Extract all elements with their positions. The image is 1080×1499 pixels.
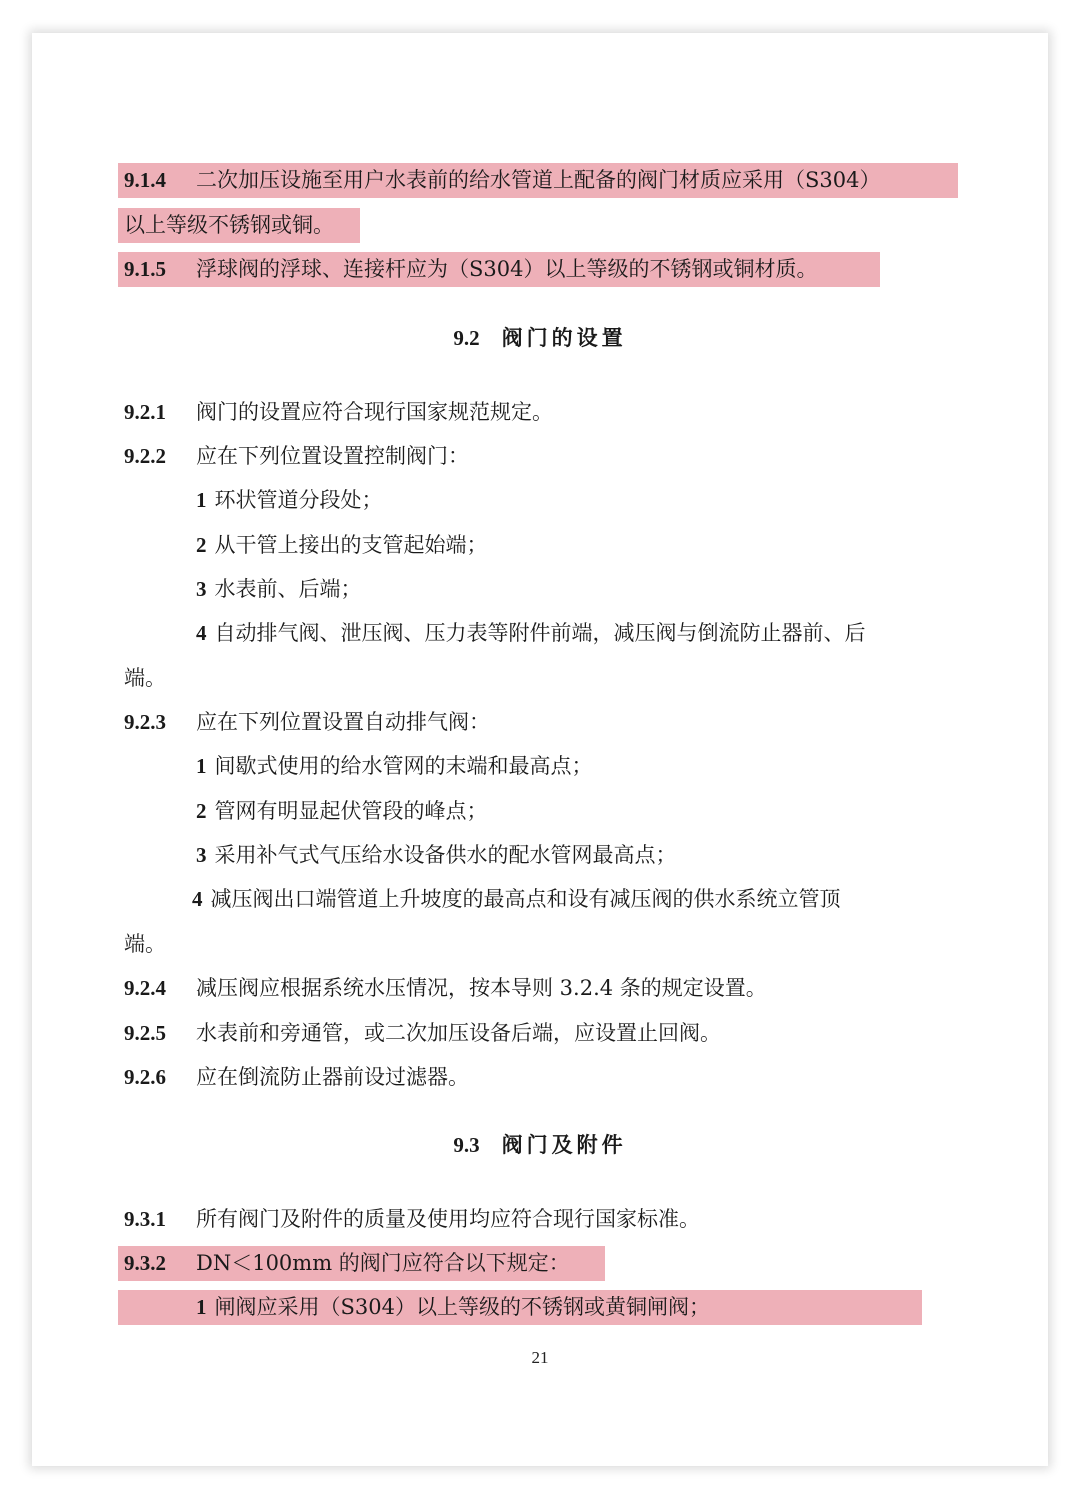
clause-text: DN＜100mm 的阀门应符合以下规定： [196,1251,570,1275]
clause-text: 应在倒流防止器前设过滤器。 [196,1065,469,1089]
clause-9-2-6: 9.2.6应在倒流防止器前设过滤器。 [124,1060,469,1095]
list-item: 2从干管上接出的支管起始端； [196,528,488,563]
clause-9-2-3: 9.2.3应在下列位置设置自动排气阀： [124,705,490,740]
section-number: 9.2 [453,326,479,350]
clause-text-continued: 以上等级不锈钢或铜。 [124,213,334,237]
clause-9-3-1: 9.3.1所有阀门及附件的质量及使用均应符合现行国家标准。 [124,1202,700,1237]
clause-number: 9.1.5 [124,252,196,287]
list-item: 1环状管道分段处； [196,483,383,518]
clause-text: 减压阀应根据系统水压情况，按本导则 3.2.4 条的规定设置。 [196,976,767,1000]
list-item: 2管网有明显起伏管段的峰点； [196,794,488,829]
list-item-continued: 端。 [124,927,166,962]
clause-number: 9.1.4 [124,163,196,198]
clause-9-3-2: 9.3.2DN＜100mm 的阀门应符合以下规定： [118,1246,605,1281]
clause-9-2-5: 9.2.5水表前和旁通管，或二次加压设备后端，应设置止回阀。 [124,1016,721,1051]
clause-number: 9.3.2 [124,1246,196,1281]
clause-9-1-5: 9.1.5浮球阀的浮球、连接杆应为（S304）以上等级的不锈钢或铜材质。 [118,252,880,287]
list-item: 3水表前、后端； [196,572,362,607]
clause-number: 9.2.3 [124,705,196,740]
clause-9-2-2: 9.2.2应在下列位置设置控制阀门： [124,439,469,474]
clause-text: 应在下列位置设置自动排气阀： [196,710,490,734]
clause-number: 9.2.6 [124,1060,196,1095]
clause-text: 浮球阀的浮球、连接杆应为（S304）以上等级的不锈钢或铜材质。 [196,257,817,281]
page-number: 21 [0,1348,1080,1368]
list-item-highlighted: 1闸阀应采用（S304）以上等级的不锈钢或黄铜闸阀； [118,1290,922,1325]
section-heading-9-2: 9.2阀门的设置 [0,322,1080,352]
section-title: 阀门及附件 [502,1132,627,1157]
clause-9-2-1: 9.2.1阀门的设置应符合现行国家规范规定。 [124,395,553,430]
clause-number: 9.2.5 [124,1016,196,1051]
section-number: 9.3 [453,1133,479,1157]
clause-text: 二次加压设施至用户水表前的给水管道上配备的阀门材质应采用（S304） [196,168,880,192]
clause-9-1-4-line1: 9.1.4二次加压设施至用户水表前的给水管道上配备的阀门材质应采用（S304） [118,163,958,198]
list-item: 4减压阀出口端管道上升坡度的最高点和设有减压阀的供水系统立管顶 [192,882,841,917]
list-item-continued: 端。 [124,661,166,696]
clause-9-2-4: 9.2.4减压阀应根据系统水压情况，按本导则 3.2.4 条的规定设置。 [124,971,767,1006]
clause-text: 阀门的设置应符合现行国家规范规定。 [196,400,553,424]
clause-number: 9.2.4 [124,971,196,1006]
clause-text: 应在下列位置设置控制阀门： [196,444,469,468]
section-title: 阀门的设置 [502,325,627,350]
clause-number: 9.3.1 [124,1202,196,1237]
section-heading-9-3: 9.3阀门及附件 [0,1129,1080,1159]
clause-text: 水表前和旁通管，或二次加压设备后端，应设置止回阀。 [196,1021,721,1045]
list-item: 4自动排气阀、泄压阀、压力表等附件前端，减压阀与倒流防止器前、后 [196,616,866,651]
clause-number: 9.2.1 [124,395,196,430]
clause-number: 9.2.2 [124,439,196,474]
list-item: 3采用补气式气压给水设备供水的配水管网最高点； [196,838,677,873]
clause-text: 所有阀门及附件的质量及使用均应符合现行国家标准。 [196,1207,700,1231]
list-item: 1间歇式使用的给水管网的末端和最高点； [196,749,593,784]
clause-9-1-4-line2: 以上等级不锈钢或铜。 [118,208,360,243]
